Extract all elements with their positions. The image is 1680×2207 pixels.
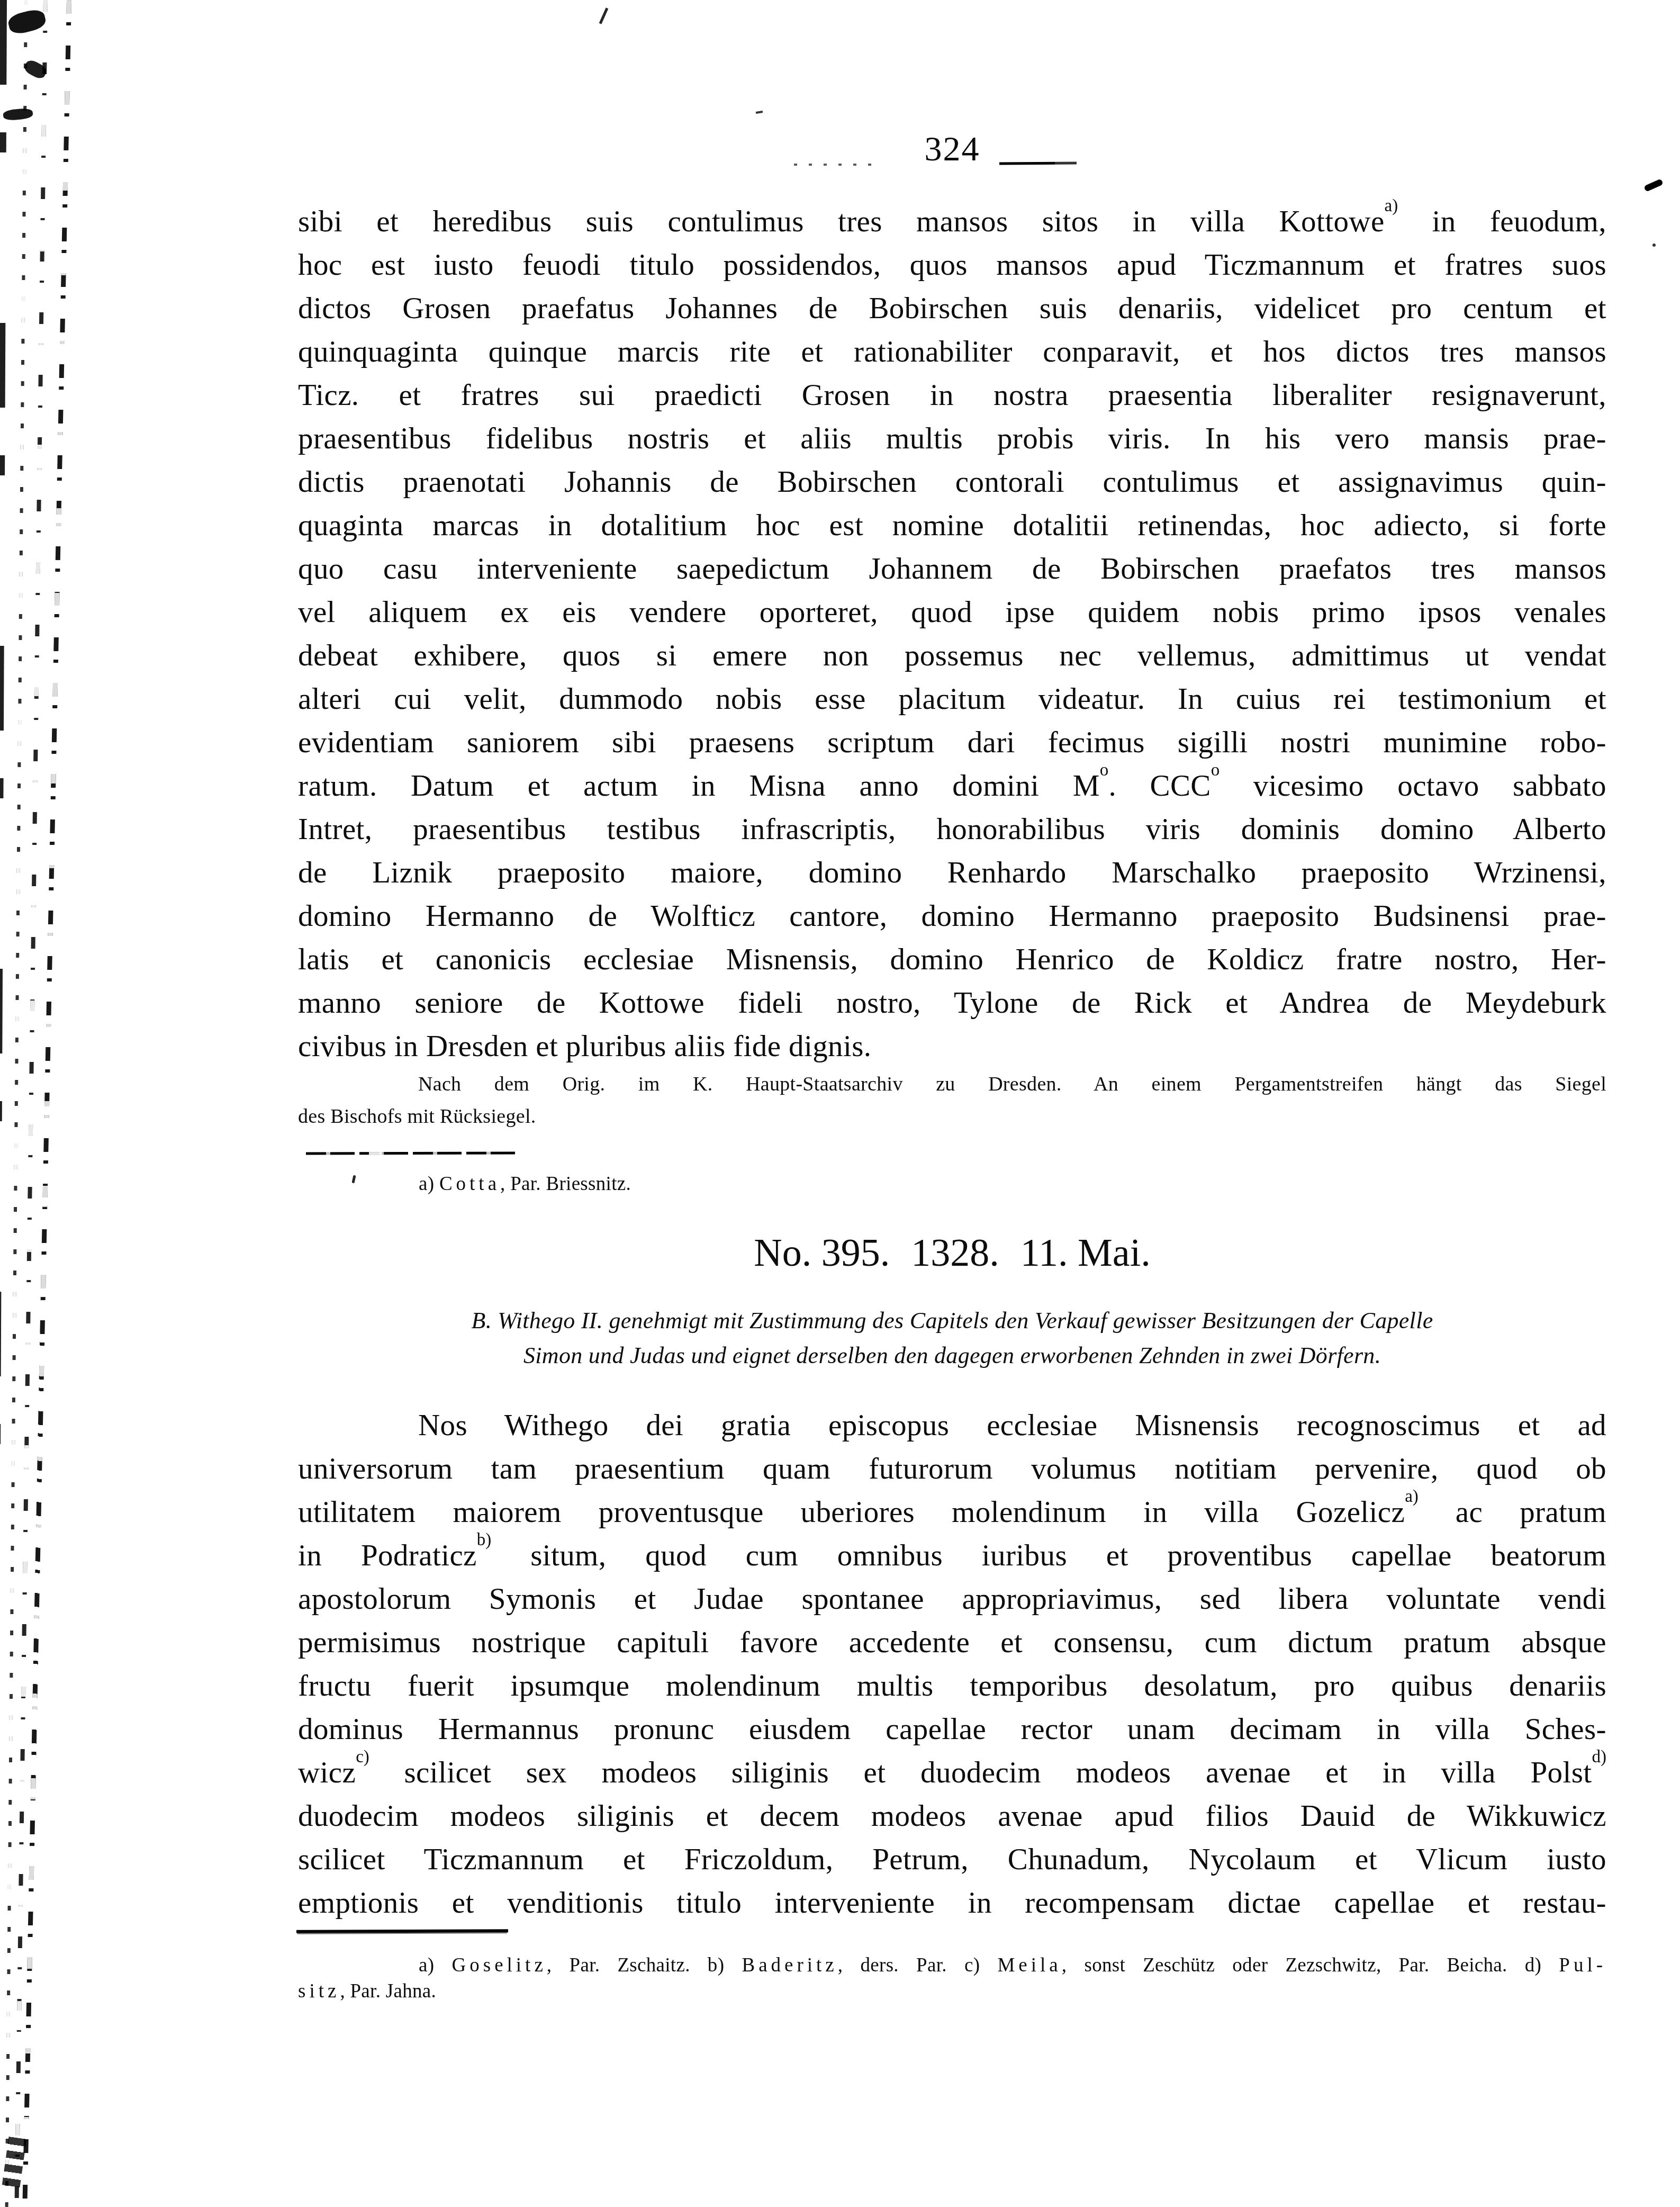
text-line: quaginta marcas in dotalitium hoc est no… <box>298 504 1606 547</box>
text-line: universorum tam praesentium quam futuror… <box>298 1447 1606 1491</box>
charter-heading: No. 395.1328.11. Mai. <box>298 1228 1606 1278</box>
text-line: dominus Hermannus pronunc eiusdem capell… <box>298 1708 1606 1751</box>
text-line: scilicet Ticzmannum et Friczoldum, Petru… <box>298 1838 1606 1881</box>
text-line: apostolorum Symonis et Judae spontanee a… <box>298 1578 1606 1621</box>
page-number: 324 <box>298 125 1606 174</box>
footnote-marker: a) <box>419 1173 439 1195</box>
scanned-book-page: 324 sibi et heredibus suis contulimus tr… <box>0 0 1680 2207</box>
text-line: alteri cui velit, dummodo nobis esse pla… <box>298 678 1606 721</box>
scan-speck <box>756 111 763 114</box>
regest-line: Simon und Judas und eignet derselben den… <box>298 1338 1606 1373</box>
text-line: dictis praenotati Johannis de Bobirschen… <box>298 461 1606 504</box>
footnote-line: sitz, Par. Jahna. <box>298 1978 1606 2004</box>
scan-speck <box>1643 178 1664 192</box>
text-line: permisimus nostrique capituli favore acc… <box>298 1621 1606 1664</box>
text-line: dictos Grosen praefatus Johannes de Bobi… <box>298 287 1606 330</box>
text-line: latis et canonicis ecclesiae Misnensis, … <box>298 938 1606 981</box>
text-line: debeat exhibere, quos si emere non posse… <box>298 634 1606 678</box>
footnote-text: , Par. Jahna. <box>340 1980 436 2002</box>
text-line: ratum. Datum et actum in Misna anno domi… <box>298 764 1606 808</box>
footnote-separator-rule <box>306 1151 517 1155</box>
footnote-block: a) Goselitz, Par. Zschaitz. b) Baderitz,… <box>298 1952 1606 2004</box>
footnote-block: a) Cotta, Par. Briessnitz. <box>298 1171 1606 1197</box>
text-line: wiczc) scilicet sex modeos siliginis et … <box>298 1751 1606 1795</box>
footnote-place-name: Meila <box>997 1954 1061 1976</box>
text-line: de Liznik praeposito maiore, domino Renh… <box>298 851 1606 895</box>
scan-speck <box>599 7 609 24</box>
text-line: quo casu interveniente saepedictum Johan… <box>298 547 1606 591</box>
text-line: Nos Withego dei gratia episcopus ecclesi… <box>298 1404 1606 1447</box>
text-line: evidentiam saniorem sibi praesens script… <box>298 721 1606 764</box>
text-line: emptionis et venditionis titulo interven… <box>298 1881 1606 1925</box>
text-line: Ticz. et fratres sui praedicti Grosen in… <box>298 374 1606 417</box>
charter-date: 11. Mai. <box>1020 1231 1151 1275</box>
text-line: quinquaginta quinque marcis rite et rati… <box>298 330 1606 374</box>
footnote-place-name: Goselitz <box>452 1954 547 1976</box>
scan-smudge <box>6 7 47 36</box>
text-line: hoc est iusto feuodi titulo possidendos,… <box>298 244 1606 287</box>
text-line: vel aliquem ex eis vendere oporteret, qu… <box>298 591 1606 634</box>
footnote-place-name: Cotta <box>439 1173 500 1195</box>
scan-smudge <box>3 108 33 121</box>
text-line: praesentibus fidelibus nostris et aliis … <box>298 417 1606 461</box>
text-line: in Podraticzb) situm, quod cum omnibus i… <box>298 1534 1606 1578</box>
footnote-text: , Par. Zschaitz. b) <box>547 1954 742 1976</box>
footnote-text: , ders. Par. c) <box>838 1954 998 1976</box>
footnote-place-name: Baderitz <box>742 1954 837 1976</box>
footnote-place-name: sitz <box>298 1980 340 2002</box>
charter-text-block: sibi et heredibus suis contulimus tres m… <box>298 200 1606 1068</box>
footnote-line: a) Cotta, Par. Briessnitz. <box>298 1171 1606 1197</box>
text-line: Intret, praesentibus testibus infrascrip… <box>298 808 1606 851</box>
left-binding-noise <box>0 0 7 2207</box>
source-note-line: des Bischofs mit Rücksiegel. <box>298 1101 1606 1133</box>
text-line: utilitatem maiorem proventusque uberiore… <box>298 1491 1606 1534</box>
left-margin-noise-line <box>5 0 28 2207</box>
text-line: civibus in Dresden et pluribus aliis fid… <box>298 1025 1606 1068</box>
footnote-marker: a) <box>419 1954 452 1976</box>
text-line: fructu fuerit ipsumque molendinum multis… <box>298 1664 1606 1708</box>
text-line: manno seniore de Kottowe fideli nostro, … <box>298 981 1606 1025</box>
text-line: duodecim modeos siliginis et decem modeo… <box>298 1795 1606 1838</box>
footnote-line: a) Goselitz, Par. Zschaitz. b) Baderitz,… <box>298 1952 1606 1978</box>
source-note: Nach dem Orig. im K. Haupt-Staatsarchiv … <box>298 1068 1606 1133</box>
charter-text-block: Nos Withego dei gratia episcopus ecclesi… <box>298 1404 1606 1925</box>
text-line: sibi et heredibus suis contulimus tres m… <box>298 200 1606 244</box>
regest-line: B. Withego II. genehmigt mit Zustimmung … <box>298 1303 1606 1338</box>
footnote-text: , Par. Briessnitz. <box>500 1173 631 1195</box>
source-note-line: Nach dem Orig. im K. Haupt-Staatsarchiv … <box>298 1068 1606 1101</box>
footnote-place-name: Pul- <box>1559 1954 1606 1976</box>
charter-year: 1328. <box>911 1231 999 1275</box>
regest: B. Withego II. genehmigt mit Zustimmung … <box>298 1303 1606 1373</box>
charter-number: No. 395. <box>754 1231 890 1275</box>
footnote-text: , sonst Zeschütz oder Zezschwitz, Par. B… <box>1062 1954 1559 1976</box>
text-line: domino Hermanno de Wolfticz cantore, dom… <box>298 895 1606 938</box>
scan-speck <box>1652 244 1656 247</box>
footnote-separator-rule <box>296 1929 508 1933</box>
